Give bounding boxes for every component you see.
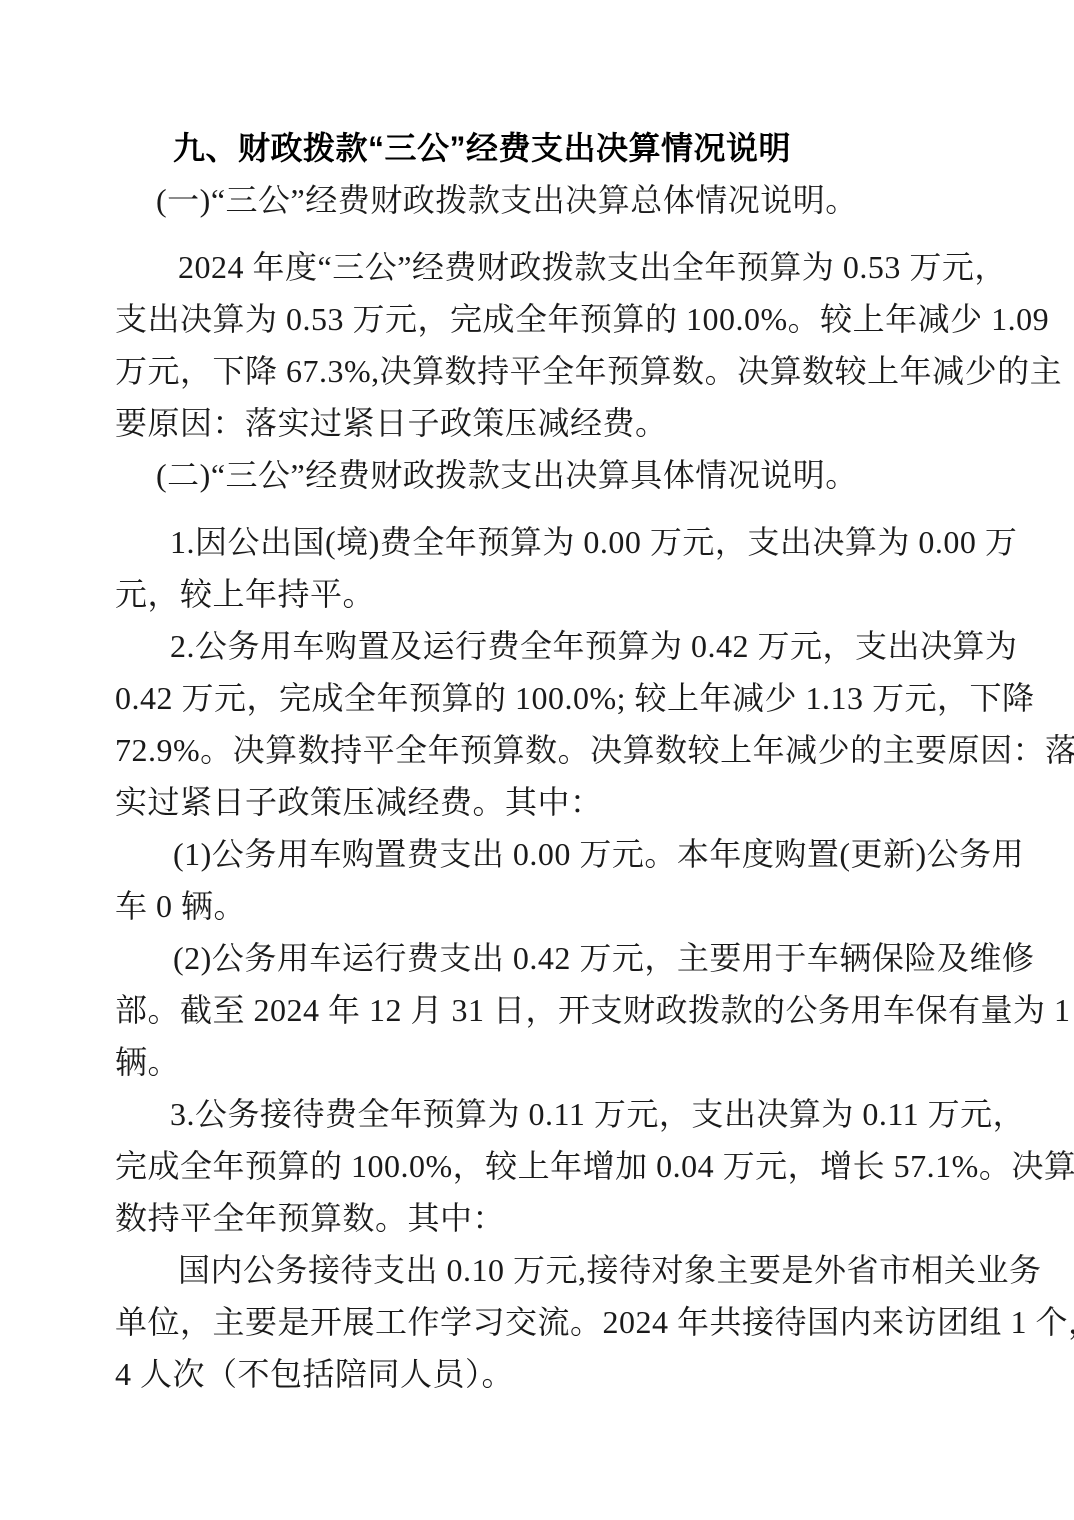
text-line: 元，较上年持平。: [115, 568, 962, 620]
paragraph-subheading-2: (二)“三公”经费财政拨款支出决算具体情况说明。: [115, 449, 962, 501]
text-line: 国内公务接待支出 0.10 万元,接待对象主要是外省市相关业务: [115, 1244, 962, 1296]
text-line: 2024 年度“三公”经费财政拨款支出全年预算为 0.53 万元，: [115, 241, 962, 293]
text-line: (1)公务用车购置费支出 0.00 万元。本年度购置(更新)公务用: [115, 828, 962, 880]
text-line: 万元，下降 67.3%,决算数持平全年预算数。决算数较上年减少的主: [115, 345, 962, 397]
text-line: 单位，主要是开展工作学习交流。2024 年共接待国内来访团组 1 个，: [115, 1296, 962, 1348]
paragraph-subheading-1: (一)“三公”经费财政拨款支出决算总体情况说明。: [115, 174, 962, 226]
text-line: 0.42 万元，完成全年预算的 100.0%; 较上年减少 1.13 万元，下降: [115, 672, 962, 724]
text-line: 支出决算为 0.53 万元，完成全年预算的 100.0%。较上年减少 1.09: [115, 293, 962, 345]
subheading-detail: (二)“三公”经费财政拨款支出决算具体情况说明。: [115, 449, 962, 501]
text-line: 数持平全年预算数。其中：: [115, 1192, 962, 1244]
paragraph-section-heading: 九、财政拨款“三公”经费支出决算情况说明: [115, 122, 962, 174]
subheading-overall: (一)“三公”经费财政拨款支出决算总体情况说明。: [115, 174, 962, 226]
text-line: 3.公务接待费全年预算为 0.11 万元，支出决算为 0.11 万元，: [115, 1088, 962, 1140]
text-line: 72.9%。决算数持平全年预算数。决算数较上年减少的主要原因：落: [115, 724, 962, 776]
paragraph-item-2-1-purchase: (1)公务用车购置费支出 0.00 万元。本年度购置(更新)公务用 车 0 辆。: [115, 828, 962, 932]
paragraph-item-1-abroad: 1.因公出国(境)费全年预算为 0.00 万元，支出决算为 0.00 万 元，较…: [115, 516, 962, 620]
paragraph-item-3-reception: 3.公务接待费全年预算为 0.11 万元，支出决算为 0.11 万元， 完成全年…: [115, 1088, 962, 1244]
document-page: 九、财政拨款“三公”经费支出决算情况说明 (一)“三公”经费财政拨款支出决算总体…: [0, 0, 1074, 1520]
paragraph-domestic-reception: 国内公务接待支出 0.10 万元,接待对象主要是外省市相关业务 单位，主要是开展…: [115, 1244, 962, 1400]
paragraph-item-2-vehicle: 2.公务用车购置及运行费全年预算为 0.42 万元，支出决算为 0.42 万元，…: [115, 620, 962, 828]
text-line: 4 人次（不包括陪同人员）。: [115, 1348, 962, 1400]
text-line: 实过紧日子政策压减经费。其中：: [115, 776, 962, 828]
text-line: 要原因：落实过紧日子政策压减经费。: [115, 397, 962, 449]
text-line: 2.公务用车购置及运行费全年预算为 0.42 万元，支出决算为: [115, 620, 962, 672]
paragraph-overall-summary: 2024 年度“三公”经费财政拨款支出全年预算为 0.53 万元， 支出决算为 …: [115, 241, 962, 449]
text-line: 车 0 辆。: [115, 880, 962, 932]
text-line: 完成全年预算的 100.0%，较上年增加 0.04 万元，增长 57.1%。决算: [115, 1140, 962, 1192]
text-line: 部。截至 2024 年 12 月 31 日，开支财政拨款的公务用车保有量为 1: [115, 984, 962, 1036]
text-line: 1.因公出国(境)费全年预算为 0.00 万元，支出决算为 0.00 万: [115, 516, 962, 568]
paragraph-item-2-2-operation: (2)公务用车运行费支出 0.42 万元，主要用于车辆保险及维修 部。截至 20…: [115, 932, 962, 1088]
text-line: 辆。: [115, 1036, 962, 1088]
section-heading: 九、财政拨款“三公”经费支出决算情况说明: [115, 122, 962, 174]
text-line: (2)公务用车运行费支出 0.42 万元，主要用于车辆保险及维修: [115, 932, 962, 984]
